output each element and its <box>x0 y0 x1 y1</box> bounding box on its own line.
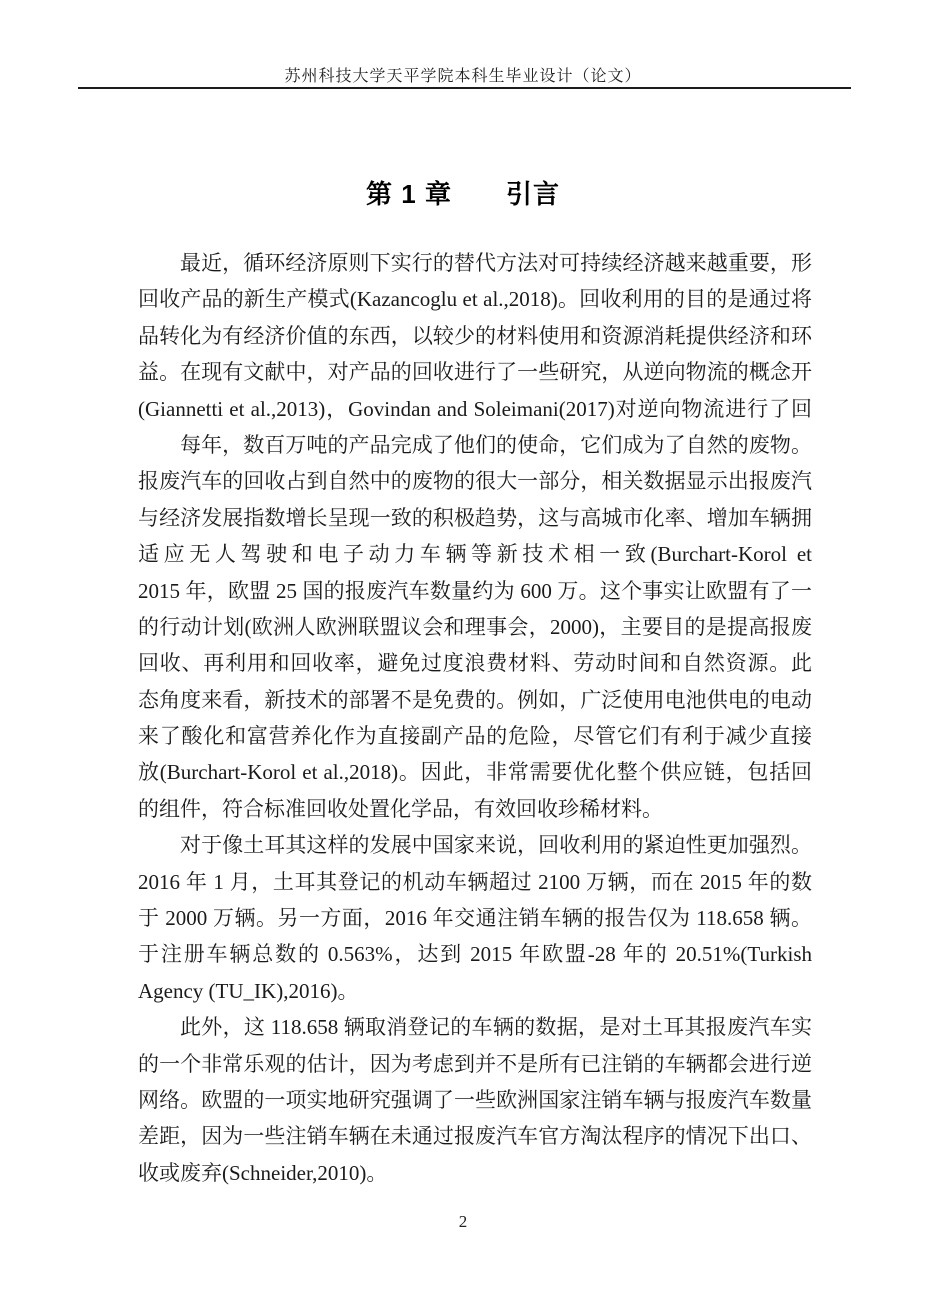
body-line: 网络。欧盟的一项实地研究强调了一些欧洲国家注销车辆与报废汽车数量之间的 <box>138 1082 812 1118</box>
body-line: 益。在现有文献中，对产品的回收进行了一些研究，从逆向物流的概念开始，如 <box>138 354 812 390</box>
body-line: 收或废弃(Schneider,2010)。 <box>138 1155 812 1191</box>
body-line: 每年，数百万吨的产品完成了他们的使命，它们成为了自然的废物。不奇怪， <box>138 427 812 463</box>
paragraph: 每年，数百万吨的产品完成了他们的使命，它们成为了自然的废物。不奇怪， 报废汽车的… <box>138 427 812 827</box>
body-line: 态角度来看，新技术的部署不是免费的。例如，广泛使用电池供电的电动汽车带 <box>138 682 812 718</box>
paragraph: 对于像土耳其这样的发展中国家来说，回收利用的紧迫性更加强烈。截至 2016 年 … <box>138 827 812 1009</box>
body-line: Agency (TU_IK),2016)。 <box>138 973 812 1009</box>
body-line: 来了酸化和富营养化作为直接副产品的危险，尽管它们有利于减少直接 CO2 排 <box>138 718 812 754</box>
body-line: 于 2000 万辆。另一方面，2016 年交通注销车辆的报告仅为 118.658… <box>138 900 812 936</box>
body-line: 报废汽车的回收占到自然中的废物的很大一部分，相关数据显示出报废汽车回收 <box>138 463 812 499</box>
body-line: 2016 年 1 月，土耳其登记的机动车辆超过 2100 万辆，而在 2015 … <box>138 864 812 900</box>
paragraph: 最近，循环经济原则下实行的替代方法对可持续经济越来越重要，形成了可 回收产品的新… <box>138 245 812 427</box>
body-line: 的组件，符合标准回收处置化学品，有效回收珍稀材料。 <box>138 791 812 827</box>
body-line: 于注册车辆总数的 0.563%，达到 2015 年欧盟-28 年的 20.51%… <box>138 936 812 972</box>
body-line: 最近，循环经济原则下实行的替代方法对可持续经济越来越重要，形成了可 <box>138 245 812 281</box>
body-line: 的一个非常乐观的估计，因为考虑到并不是所有已注销的车辆都会进行逆向物流 <box>138 1046 812 1082</box>
paragraph: 此外，这 118.658 辆取消登记的车辆的数据，是对土耳其报废汽车实际数量 的… <box>138 1009 812 1191</box>
body-line: 回收产品的新生产模式(Kazancoglu et al.,2018)。回收利用的… <box>138 281 812 317</box>
body-line: 2015 年，欧盟 25 国的报废汽车数量约为 600 万。这个事实让欧盟有了一… <box>138 573 812 609</box>
page-header-text: 苏州科技大学天平学院本科生毕业设计（论文） <box>0 63 926 86</box>
page-number: 2 <box>0 1212 926 1232</box>
body-line: 的行动计划(欧洲人欧洲联盟议会和理事会，2000)，主要目的是提高报废汽车的 <box>138 609 812 645</box>
body-line: 与经济发展指数增长呈现一致的积极趋势，这与高城市化率、增加车辆拥有率和 <box>138 500 812 536</box>
document-page: 苏州科技大学天平学院本科生毕业设计（论文） 第 1 章 引言 最近，循环经济原则… <box>0 0 926 1309</box>
document-body: 最近，循环经济原则下实行的替代方法对可持续经济越来越重要，形成了可 回收产品的新… <box>138 245 812 1191</box>
body-line: 放(Burchart-Korol et al.,2018)。因此，非常需要优化整… <box>138 754 812 790</box>
body-line: 差距，因为一些注销车辆在未通过报废汽车官方淘汰程序的情况下出口、不当回 <box>138 1118 812 1154</box>
body-line: 回收、再利用和回收率，避免过度浪费材料、劳动时间和自然资源。此外，从生 <box>138 645 812 681</box>
body-line: 适应无人驾驶和电子动力车辆等新技术相一致(Burchart-Korol et a… <box>138 536 812 572</box>
body-line: 此外，这 118.658 辆取消登记的车辆的数据，是对土耳其报废汽车实际数量 <box>138 1009 812 1045</box>
body-line: 品转化为有经济价值的东西，以较少的材料使用和资源消耗提供经济和环境效 <box>138 318 812 354</box>
header-rule <box>78 87 851 89</box>
body-line: (Giannetti et al.,2013)，Govindan and Sol… <box>138 391 812 427</box>
body-line: 对于像土耳其这样的发展中国家来说，回收利用的紧迫性更加强烈。截至 <box>138 827 812 863</box>
chapter-title: 第 1 章 引言 <box>0 179 926 209</box>
